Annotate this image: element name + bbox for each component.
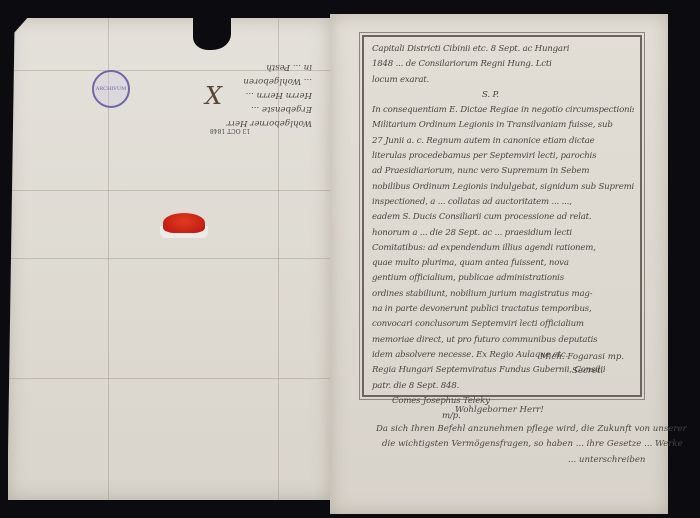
body-line: patr. die 8 Sept. 848. — [372, 379, 634, 394]
body-line: In consequentiam E. Dictae Regiae in neg… — [372, 103, 634, 118]
body-line: nobilibus Ordinum Legionis indulgebat, s… — [372, 180, 634, 195]
body-line: ordines stabiliunt, nobilium jurium magi… — [372, 287, 634, 302]
salutation: S. P. — [372, 88, 634, 103]
body-line: honorum a ... die 28 Sept. ac ... praesi… — [372, 226, 634, 241]
body-line: memoriae direct, ut pro futuro communibu… — [372, 333, 634, 348]
fold-line — [8, 190, 330, 191]
body-line: na in parte devonerunt publici tractatus… — [372, 302, 634, 317]
body-line: ad Praesidiariorum, nunc vero Supremum i… — [372, 164, 634, 179]
signature: Mich. Fogarasi mp. — [540, 352, 624, 362]
body-line: Militarium Ordinum Legionis in Transilva… — [372, 118, 634, 133]
signature-title: Secret. — [572, 366, 603, 376]
body-line: inspectioned, a ... collatas ad auctorit… — [372, 195, 634, 210]
footer-heading: Wohlgeborner Herr! — [455, 405, 544, 415]
body-line: eadem S. Ducis Consiliarii cum processio… — [372, 210, 634, 225]
heading-line: Capitali Districti Cibinii etc. 8 Sept. … — [372, 42, 634, 57]
footer-line: Da sich Ihren Befehl anzunehmen pflege w… — [376, 424, 687, 434]
address-line: in ... Pesth — [112, 60, 312, 74]
cross-mark: X — [205, 82, 222, 110]
footer-signature: ... unterschreiben — [568, 455, 645, 465]
torn-hole — [193, 18, 231, 50]
footer-line: die wichtigsten Vermögensfragen, so habe… — [382, 439, 683, 449]
heading-line: 1848 ... de Consilariorum Regni Hung. Lc… — [372, 57, 634, 72]
fold-line — [8, 378, 330, 379]
body-line: convocari conclusorum Septemviri lecti o… — [372, 317, 634, 332]
fold-line — [8, 258, 330, 259]
body-line: gentium officialium, publicae administra… — [372, 271, 634, 286]
body-line: literulas procedebamus per Septemviri le… — [372, 149, 634, 164]
body-line: quae multo plurima, quam antea fuissent,… — [372, 256, 634, 271]
body-line: Comitatibus: ad expendendum illius agend… — [372, 241, 634, 256]
heading-line: locum exarat. — [372, 73, 634, 88]
postmark: 13 OCT 1848 — [204, 126, 256, 134]
body-line: 27 Junii a. c. Regnum autem in canonice … — [372, 134, 634, 149]
wax-seal — [163, 213, 205, 233]
